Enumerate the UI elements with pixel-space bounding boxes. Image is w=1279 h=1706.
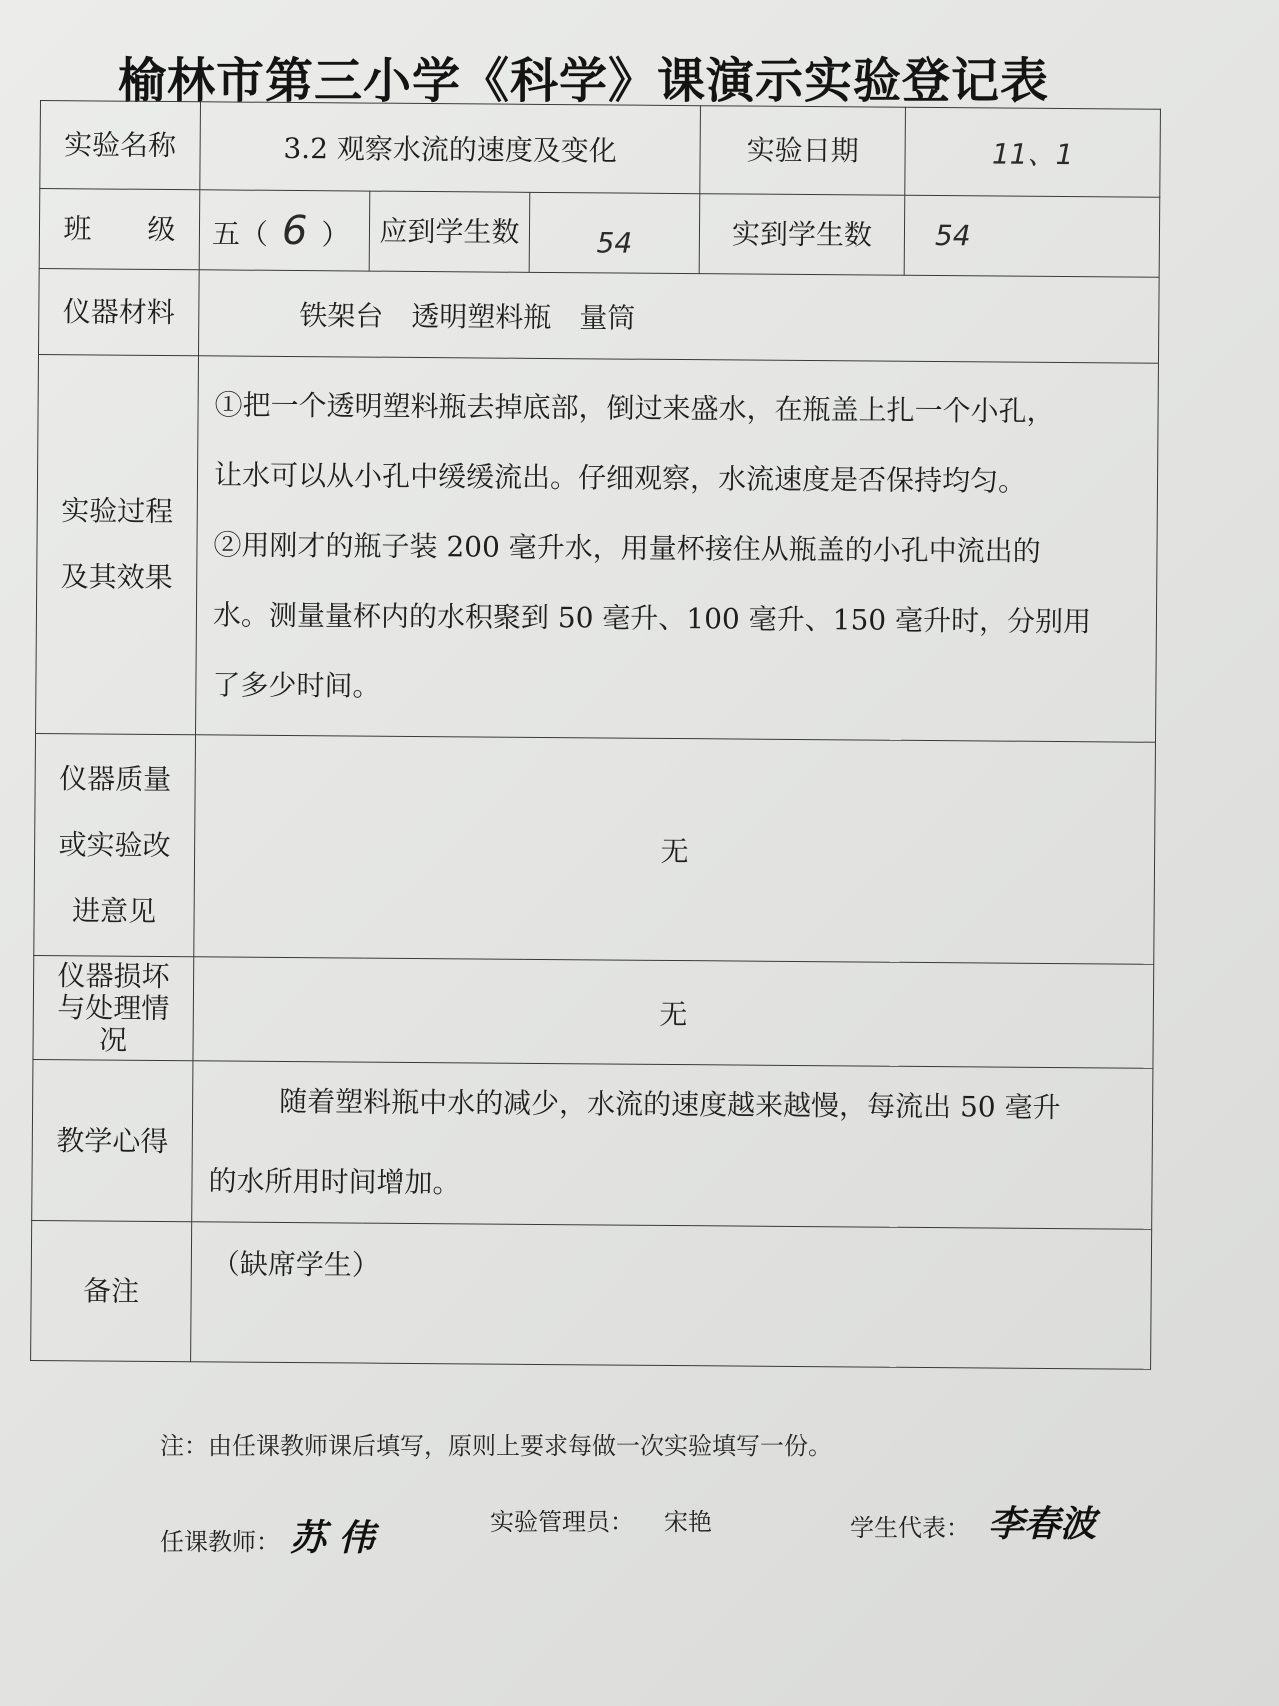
row-class: 班 级 五（6） 应到学生数 54 实到学生数 54 xyxy=(39,189,1160,278)
row-reflection: 教学心得 随着塑料瓶中水的减少，水流的速度越来越慢，每流出 50 毫升 的水所用… xyxy=(32,1059,1153,1229)
materials-value: 铁架台 透明塑料瓶 量筒 xyxy=(198,270,1159,364)
student-rep-field: 学生代表：李春波 xyxy=(850,1496,1096,1547)
teacher-label: 任课教师： xyxy=(160,1528,280,1556)
experiment-name-value: 3.2 观察水流的速度及变化 xyxy=(200,102,701,194)
admin-field: 实验管理员：宋艳 xyxy=(490,1502,712,1537)
row-process: 实验过程 及其效果 ①把一个透明塑料瓶去掉底部，倒过来盛水，在瓶盖上扎一个小孔，… xyxy=(36,354,1159,742)
footer-note: 注：由任课教师课后填写，原则上要求每做一次实验填写一份。 xyxy=(160,1426,832,1461)
process-line: ①把一个透明塑料瓶去掉底部，倒过来盛水，在瓶盖上扎一个小孔， xyxy=(214,370,1144,447)
experiment-date-label: 实验日期 xyxy=(700,106,906,196)
row-remarks: 备注 （缺席学生） xyxy=(31,1220,1152,1369)
admin-label: 实验管理员： xyxy=(490,1508,634,1536)
remarks-label: 备注 xyxy=(31,1220,192,1361)
process-label: 实验过程 及其效果 xyxy=(36,354,199,734)
damage-value: 无 xyxy=(193,957,1154,1069)
quality-feedback-label: 仪器质量 或实验改 进意见 xyxy=(34,733,196,956)
process-line: 让水可以从小孔中缓缓流出。仔细观察，水流速度是否保持均匀。 xyxy=(214,440,1144,517)
registration-form: 实验名称 3.2 观察水流的速度及变化 实验日期 11、1 班 级 五（6） 应… xyxy=(30,100,1160,1370)
class-label: 班 级 xyxy=(39,189,200,270)
damage-label: 仪器损坏 与处理情 况 xyxy=(33,955,194,1060)
reflection-value: 随着塑料瓶中水的减少，水流的速度越来越慢，每流出 50 毫升 的水所用时间增加。 xyxy=(192,1061,1153,1230)
admin-name: 宋艳 xyxy=(664,1508,712,1536)
process-line: ②用刚才的瓶子装 200 毫升水，用量杯接住从瓶盖的小孔中流出的 xyxy=(213,510,1143,587)
actual-students-label: 实到学生数 xyxy=(699,194,905,276)
expected-students-value: 54 xyxy=(529,192,700,273)
student-rep-signature: 李春波 xyxy=(988,1504,1096,1545)
class-grade: 五（ xyxy=(212,217,268,250)
signature-row: 任课教师：苏 伟 实验管理员：宋艳 学生代表：李春波 xyxy=(160,1490,1160,1580)
row-damage: 仪器损坏 与处理情 况 无 xyxy=(33,955,1154,1068)
expected-students-label: 应到学生数 xyxy=(369,191,530,272)
quality-feedback-value: 无 xyxy=(194,735,1156,965)
teacher-signature: 苏 伟 xyxy=(290,1518,375,1559)
class-value: 五（6） xyxy=(199,190,370,271)
teacher-signature-field: 任课教师：苏 伟 xyxy=(160,1510,375,1561)
row-materials: 仪器材料 铁架台 透明塑料瓶 量筒 xyxy=(39,268,1160,363)
student-rep-label: 学生代表： xyxy=(850,1514,970,1542)
process-description: ①把一个透明塑料瓶去掉底部，倒过来盛水，在瓶盖上扎一个小孔， 让水可以从小孔中缓… xyxy=(196,356,1159,743)
remarks-value: （缺席学生） xyxy=(191,1222,1152,1370)
row-experiment-name: 实验名称 3.2 观察水流的速度及变化 实验日期 11、1 xyxy=(40,101,1161,198)
reflection-label: 教学心得 xyxy=(32,1059,193,1221)
form-table: 实验名称 3.2 观察水流的速度及变化 实验日期 11、1 班 级 五（6） 应… xyxy=(30,100,1161,1370)
class-suffix: ） xyxy=(321,218,349,251)
row-quality-feedback: 仪器质量 或实验改 进意见 无 xyxy=(34,733,1156,964)
experiment-name-label: 实验名称 xyxy=(40,101,201,190)
document-title: 榆林市第三小学《科学》课演示实验登记表 xyxy=(118,42,1078,111)
process-line: 水。测量量杯内的水积聚到 50 毫升、100 毫升、150 毫升时，分别用 xyxy=(213,580,1143,657)
process-line: 了多少时间。 xyxy=(212,650,1142,727)
materials-label: 仪器材料 xyxy=(39,268,200,355)
experiment-date-value: 11、1 xyxy=(905,107,1161,197)
class-number: 6 xyxy=(282,207,308,253)
actual-students-value: 54 xyxy=(904,195,1160,277)
